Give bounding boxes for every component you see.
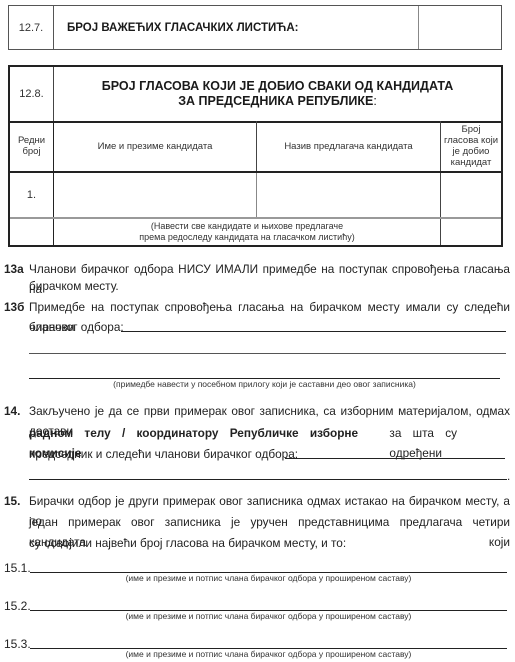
col-ordinal-l2: број xyxy=(18,146,45,157)
valid-ballots-table: 12.7. БРОЈ ВАЖЕЋИХ ГЛАСАЧКИХ ЛИСТИЋА: xyxy=(8,5,502,50)
section-number: 12.7. xyxy=(9,6,54,49)
section-14-rest: за шта су одређени xyxy=(389,423,510,463)
valid-ballots-label: БРОЈ ВАЖЕЋИХ ГЛАСАЧКИХ ЛИСТИЋА: xyxy=(54,6,419,49)
note-empty-cell xyxy=(441,219,501,245)
signature-number: 15.3. xyxy=(4,634,31,654)
delivery-members-line-1[interactable] xyxy=(285,458,505,459)
votes-field[interactable] xyxy=(441,173,501,217)
section-14-label: 14. xyxy=(4,401,20,421)
section-13b-text-2: бирачког одбора: xyxy=(29,317,124,337)
col-votes: Број гласова који је добио кандидат xyxy=(441,121,501,171)
note-empty-cell xyxy=(10,219,54,245)
section-15-label: 15. xyxy=(4,491,20,511)
section-15-text-3: су освојили највећи број гласова на бира… xyxy=(29,533,346,553)
section-13b-label: 13б xyxy=(4,297,24,317)
note-line-1: (Навести све кандидате и њихове предлага… xyxy=(139,221,354,232)
section-13a-text-2: бирачком месту. xyxy=(29,276,119,296)
signature-hint: (име и презиме и потпис члана бирачког о… xyxy=(30,573,507,583)
candidate-votes-header: 12.8. БРОЈ ГЛАСОВА КОЈИ ЈЕ ДОБИО СВАКИ О… xyxy=(10,67,501,123)
proposer-field[interactable] xyxy=(257,173,441,217)
delivery-members-line-2[interactable] xyxy=(29,479,507,480)
remarks-field-line-2[interactable] xyxy=(29,353,506,354)
title-line-2-text: ЗА ПРЕДСЕДНИКА РЕПУБЛИКЕ xyxy=(178,94,373,108)
column-headers: Редниброј Име и презиме кандидата Назив … xyxy=(10,121,501,173)
title-colon: : xyxy=(373,94,376,108)
col-votes-l4: кандидат xyxy=(444,157,498,168)
remarks-hint: (примедбе навести у посебном прилогу кој… xyxy=(29,379,500,389)
section-14-end: . xyxy=(507,466,510,486)
candidate-name-field[interactable] xyxy=(54,173,257,217)
col-votes-l3: је добио xyxy=(444,146,498,157)
col-votes-l1: Број xyxy=(444,124,498,135)
col-votes-l2: гласова који xyxy=(444,135,498,146)
signature-number: 15.2. xyxy=(4,596,31,616)
note-line-2: према редоследу кандидата на гласачком л… xyxy=(139,232,354,243)
table-note: (Навести све кандидате и њихове предлага… xyxy=(54,219,441,245)
col-proposer: Назив предлагача кандидата xyxy=(257,121,441,171)
col-ordinal-l1: Редни xyxy=(18,135,45,146)
title-line-1: БРОЈ ГЛАСОВА КОЈИ ЈЕ ДОБИО СВАКИ ОД КАНД… xyxy=(54,79,501,94)
valid-ballots-field[interactable] xyxy=(419,6,501,49)
col-candidate-name: Име и презиме кандидата xyxy=(54,121,257,171)
table-row: 1. xyxy=(10,173,501,219)
candidate-votes-title: БРОЈ ГЛАСОВА КОЈИ ЈЕ ДОБИО СВАКИ ОД КАНД… xyxy=(54,67,501,121)
table-note-row: (Навести све кандидате и њихове предлага… xyxy=(10,219,501,245)
signature-hint: (име и презиме и потпис члана бирачког о… xyxy=(30,649,507,659)
row-ordinal: 1. xyxy=(10,173,54,217)
section-number: 12.8. xyxy=(10,67,54,121)
signature-number: 15.1. xyxy=(4,558,31,578)
section-13a-label: 13а xyxy=(4,259,24,279)
signature-hint: (име и презиме и потпис члана бирачког о… xyxy=(30,611,507,621)
section-14-text-3: председник и следећи чланови бирачког од… xyxy=(29,444,298,464)
col-ordinal: Редниброј xyxy=(10,121,54,171)
remarks-field-line-1[interactable] xyxy=(121,331,506,332)
title-line-2: ЗА ПРЕДСЕДНИКА РЕПУБЛИКЕ: xyxy=(54,94,501,109)
candidate-votes-table: 12.8. БРОЈ ГЛАСОВА КОЈИ ЈЕ ДОБИО СВАКИ О… xyxy=(8,65,503,247)
